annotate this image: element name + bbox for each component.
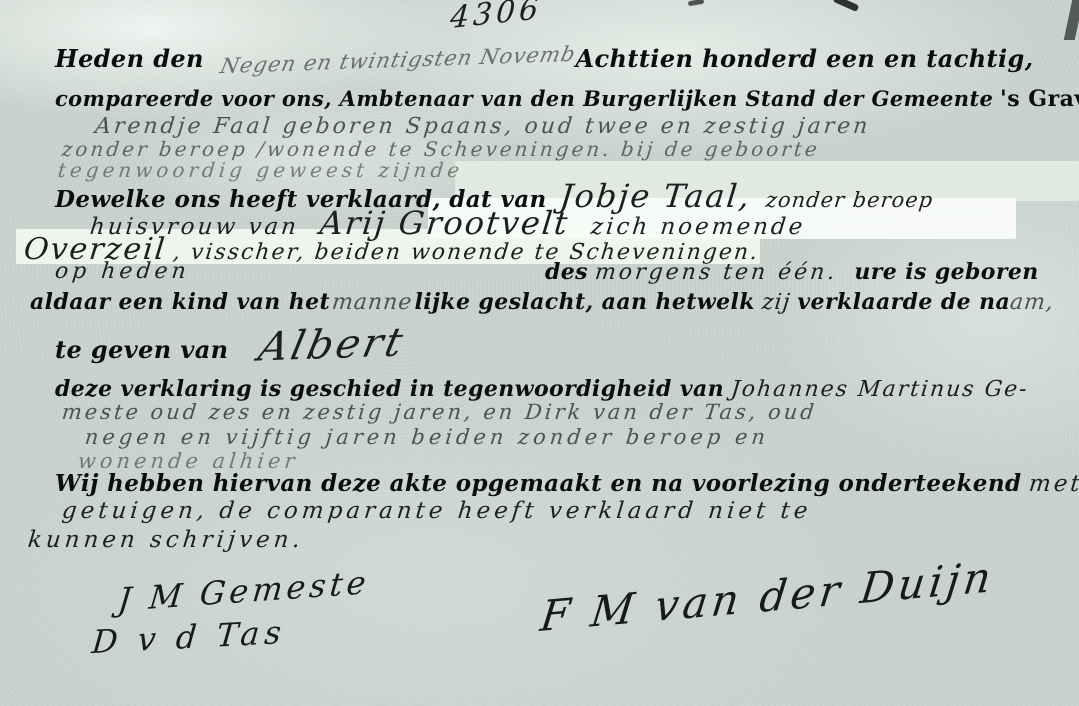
handwritten-segment-witness1-name: Johannes Martinus Ge- bbox=[730, 377, 1030, 402]
printed-segment: Achttien honderd een en tachtig, bbox=[575, 44, 1033, 73]
printed-segment: Heden den bbox=[55, 44, 204, 73]
signature-witness-1: J M Gemeste bbox=[116, 563, 371, 619]
scan-edge-mark bbox=[688, 0, 705, 6]
akte-number: 4306 bbox=[449, 0, 543, 36]
handwritten-segment-child-name: Albert bbox=[255, 319, 410, 370]
line-cannot-write-1: getuigen, de comparante heeft verklaard … bbox=[62, 498, 811, 524]
printed-segment: Wij hebben hiervan deze akte opgemaakt e… bbox=[55, 470, 1021, 497]
handwritten-segment: getuigen, de comparante heeft verklaard … bbox=[61, 498, 813, 524]
handwritten-segment: morgens ten één. bbox=[594, 260, 839, 285]
handwritten-segment: op heden bbox=[54, 259, 191, 284]
handwritten-segment: Arendje Faal geboren Spaans, oud twee en… bbox=[94, 114, 872, 139]
signature-registrar: F M van der Duijn bbox=[538, 552, 998, 641]
scan-edge-mark bbox=[833, 0, 860, 12]
handwritten-segment: zij bbox=[761, 290, 792, 315]
document-scan: 4306 Heden den Negen en twintigsten Nove… bbox=[0, 0, 1079, 706]
handwritten-segment: kunnen schrijven. bbox=[27, 527, 306, 553]
handwritten-segment: met de bbox=[1027, 471, 1079, 497]
printed-segment: ure is geboren bbox=[854, 259, 1038, 285]
printed-segment: compareerde voor ons, Ambtenaar van den … bbox=[55, 86, 993, 111]
line-ambtenaar: compareerde voor ons, Ambtenaar van den … bbox=[55, 86, 1079, 112]
printed-segment: verklaarde de na bbox=[797, 289, 1010, 315]
printed-segment-blackletter: 's Gravenhage, bbox=[1000, 86, 1079, 112]
scan-edge-mark bbox=[1064, 0, 1079, 40]
printed-segment: deze verklaring is geschied in tegenwoor… bbox=[55, 376, 724, 402]
line-cannot-write-2: kunnen schrijven. bbox=[28, 527, 304, 553]
printed-segment: te geven van bbox=[55, 335, 229, 364]
line-declarant: Arendje Faal geboren Spaans, oud twee en… bbox=[95, 114, 870, 139]
line-date: Heden den Negen en twintigsten Novemb Ac… bbox=[55, 44, 1034, 73]
line-witnesses-intro: deze verklaring is geschied in tegenwoor… bbox=[55, 376, 1029, 402]
handwritten-segment: negen en vijftig jaren beiden zonder ber… bbox=[84, 425, 771, 449]
handwritten-segment: meste oud zes en zestig jaren, en Dirk v… bbox=[61, 400, 818, 424]
handwritten-segment: am, bbox=[1009, 290, 1056, 315]
line-child-name: te geven van Albert bbox=[55, 322, 404, 368]
printed-segment: aldaar een kind van het bbox=[30, 289, 330, 315]
line-witness2-age: negen en vijftig jaren beiden zonder ber… bbox=[85, 425, 769, 449]
printed-segment: lijke geslacht, aan hetwelk bbox=[414, 289, 754, 315]
handwritten-segment: manne bbox=[331, 290, 414, 315]
printed-segment: des bbox=[545, 259, 588, 285]
line-closing: Wij hebben hiervan deze akte opgemaakt e… bbox=[55, 470, 1079, 497]
line-child-sex: aldaar een kind van hetmannelijke geslac… bbox=[30, 289, 1054, 315]
signature-witness-2: D v d Tas bbox=[90, 613, 287, 661]
handwritten-segment: Negen en twintigsten Novemb bbox=[218, 42, 578, 78]
birth-time-group: des morgens ten één. ure is geboren bbox=[545, 259, 1039, 285]
line-witness1-age: meste oud zes en zestig jaren, en Dirk v… bbox=[62, 400, 817, 424]
